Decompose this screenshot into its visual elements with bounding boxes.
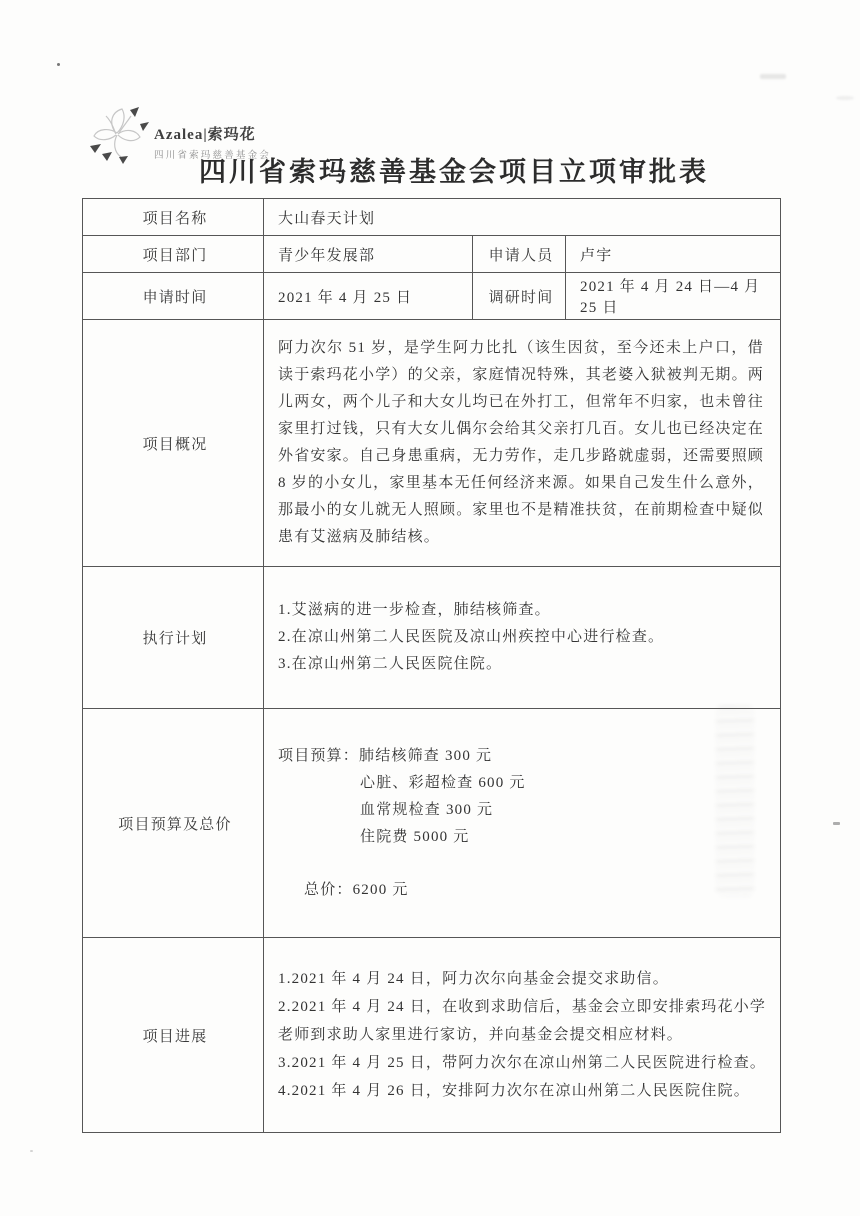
plan-step: 3.在凉山州第二人民医院住院。 — [278, 651, 770, 678]
budget-item: 心脏、彩超检查 600 元 — [360, 770, 770, 797]
budget-total: 总价：6200 元 — [304, 877, 770, 904]
progress-item: 4.2021 年 4 月 26 日，安排阿力次尔在凉山州第二人民医院住院。 — [278, 1077, 770, 1105]
scan-speck — [57, 63, 60, 66]
plan-step: 2.在凉山州第二人民医院及凉山州疾控中心进行检查。 — [278, 624, 770, 651]
plan-cell: 1.艾滋病的进一步检查，肺结核筛查。 2.在凉山州第二人民医院及凉山州疾控中心进… — [264, 567, 781, 709]
scan-bleedthrough-smudge — [716, 706, 754, 896]
department-label: 项目部门 — [83, 236, 264, 273]
overview-label: 项目概况 — [83, 320, 264, 567]
progress-item: 1.2021 年 4 月 24 日，阿力次尔向基金会提交求助信。 — [278, 965, 770, 993]
applicant-label: 申请人员 — [473, 236, 566, 273]
budget-item: 项目预算：肺结核筛查 300 元 — [278, 743, 770, 770]
table-row: 项目部门 青少年发展部 申请人员 卢宇 — [83, 236, 781, 273]
project-name-label: 项目名称 — [83, 199, 264, 236]
budget-cell: 项目预算：肺结核筛查 300 元 心脏、彩超检查 600 元 血常规检查 300… — [264, 709, 781, 938]
logo-brand-name: Azalea|索玛花 — [154, 123, 271, 144]
overview-cell: 阿力次尔 51 岁，是学生阿力比扎（该生因贫，至今还未上户口，借读于索玛花小学）… — [264, 320, 781, 567]
progress-label: 项目进展 — [83, 938, 264, 1133]
survey-date-label: 调研时间 — [473, 273, 566, 320]
department-value: 青少年发展部 — [264, 236, 473, 273]
table-row: 项目概况 阿力次尔 51 岁，是学生阿力比扎（该生因贫，至今还未上户口，借读于索… — [83, 320, 781, 567]
survey-date-value: 2021 年 4 月 24 日—4 月 25 日 — [566, 273, 781, 320]
apply-date-value: 2021 年 4 月 25 日 — [264, 273, 473, 320]
budget-label: 项目预算及总价 — [83, 709, 264, 938]
applicant-value: 卢宇 — [566, 236, 781, 273]
scan-speck — [760, 74, 786, 79]
table-row: 项目进展 1.2021 年 4 月 24 日，阿力次尔向基金会提交求助信。 2.… — [83, 938, 781, 1133]
scanned-form-page: Azalea|索玛花 四川省索玛慈善基金会 四川省索玛慈善基金会项目立项审批表 … — [0, 0, 860, 1216]
scan-speck — [30, 1150, 33, 1152]
table-row: 项目预算及总价 项目预算：肺结核筛查 300 元 心脏、彩超检查 600 元 血… — [83, 709, 781, 938]
apply-date-label: 申请时间 — [83, 273, 264, 320]
table-row: 申请时间 2021 年 4 月 25 日 调研时间 2021 年 4 月 24 … — [83, 273, 781, 320]
table-row: 项目名称 大山春天计划 — [83, 199, 781, 236]
budget-item: 住院费 5000 元 — [360, 824, 770, 851]
approval-form-table: 项目名称 大山春天计划 项目部门 青少年发展部 申请人员 卢宇 申请时间 202… — [82, 198, 781, 1133]
budget-item: 血常规检查 300 元 — [360, 797, 770, 824]
plan-step: 1.艾滋病的进一步检查，肺结核筛查。 — [278, 597, 770, 624]
project-name-value: 大山春天计划 — [264, 199, 781, 236]
scan-speck — [836, 96, 854, 100]
progress-item: 2.2021 年 4 月 24 日，在收到求助信后，基金会立即安排索玛花小学老师… — [278, 993, 770, 1049]
progress-item: 3.2021 年 4 月 25 日，带阿力次尔在凉山州第二人民医院进行检查。 — [278, 1049, 770, 1077]
form-title: 四川省索玛慈善基金会项目立项审批表 — [0, 150, 860, 189]
progress-cell: 1.2021 年 4 月 24 日，阿力次尔向基金会提交求助信。 2.2021 … — [264, 938, 781, 1133]
table-row: 执行计划 1.艾滋病的进一步检查，肺结核筛查。 2.在凉山州第二人民医院及凉山州… — [83, 567, 781, 709]
overview-text: 阿力次尔 51 岁，是学生阿力比扎（该生因贫，至今还未上户口，借读于索玛花小学）… — [278, 335, 770, 551]
scan-speck — [833, 822, 840, 825]
plan-label: 执行计划 — [83, 567, 264, 709]
